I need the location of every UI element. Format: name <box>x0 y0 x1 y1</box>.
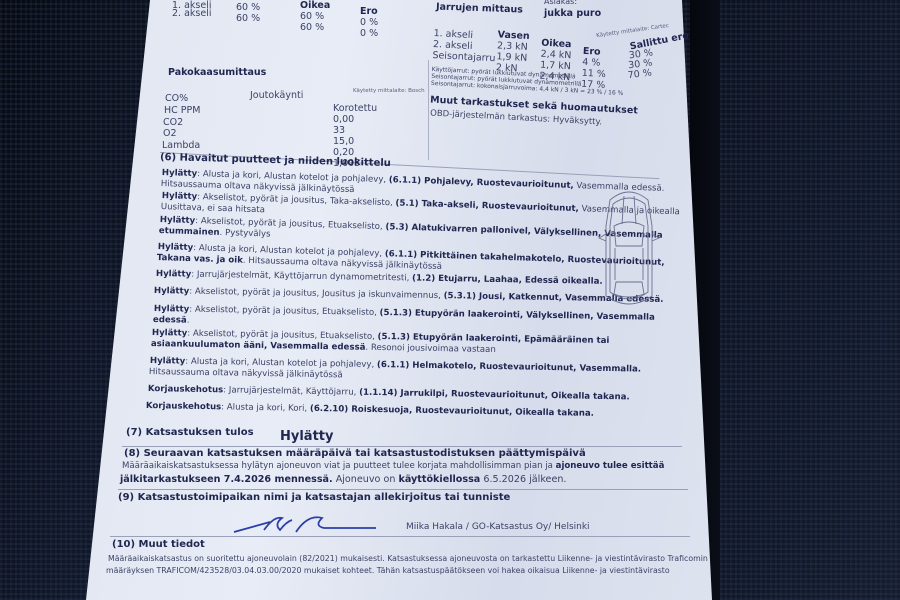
defect-status: Hylätty <box>162 168 198 179</box>
brake-top-left-2: 60 % <box>236 13 260 24</box>
exhaust-label: O2 <box>163 128 177 139</box>
exhaust-col-raised: Korotettu <box>333 103 377 114</box>
defect-status: Hylätty <box>152 328 188 339</box>
brake-top-ero-1: 0 % <box>360 17 378 28</box>
divider <box>122 446 682 447</box>
exhaust-label: CO% <box>165 93 188 104</box>
exhaust-device-note: Käytetty mittalaite: Bosch <box>353 88 425 94</box>
divider <box>118 489 688 490</box>
defect-status: Hylätty <box>154 304 190 315</box>
section8-bold: ajoneuvo tulee esittää <box>556 461 665 471</box>
customer-label: Asiakas: <box>544 0 577 6</box>
divider <box>110 536 690 537</box>
exhaust-label: HC PPM <box>164 105 200 116</box>
exhaust-label: Lambda <box>162 140 200 151</box>
defect-status: Hylätty <box>160 215 196 226</box>
section7-title: (7) Katsastuksen tulos <box>126 427 254 438</box>
defect-note-bold: etummainen <box>159 226 220 238</box>
section10-line2: määräyksen TRAFICOM/423528/03.04.03.00/2… <box>106 566 670 575</box>
section10-line1: Määräaikaiskatsastus on suoritettu ajone… <box>108 554 708 563</box>
defect-category: : Alusta ja kori, Kori, <box>221 402 310 414</box>
exhaust-title: Pakokaasumittaus <box>168 67 266 78</box>
brake-top-left-1: 60 % <box>236 2 260 13</box>
section10-title: (10) Muut tiedot <box>112 539 205 550</box>
defect-status: Hylätty <box>154 286 190 297</box>
exhaust-value: 33 <box>333 125 345 136</box>
brake-top-oikea-2: 60 % <box>300 22 324 33</box>
brake-top-ero-2: 0 % <box>360 28 378 39</box>
exhaust-col-idle: Joutokäynti <box>250 90 303 101</box>
exhaust-value: 0,00 <box>333 114 354 125</box>
section8-line2: jälkitarkastukseen 7.4.2026 mennessä. Aj… <box>120 474 566 485</box>
column-divider <box>428 60 429 160</box>
brake-top-ero-header: Ero <box>360 6 378 17</box>
car-top-view-icon <box>596 186 662 312</box>
defect-note-text: . <box>187 316 190 326</box>
defect-note-text: . Pystyvälys <box>219 228 270 240</box>
defect-status: Hylätty <box>158 242 194 253</box>
customer-name: jukka puro <box>544 8 601 19</box>
inspector-name: Miika Hakala / GO-Katsastus Oy/ Helsinki <box>406 522 590 532</box>
usage-ban-label: käyttökiellossa <box>398 474 480 485</box>
exhaust-value: 15,0 <box>333 136 354 147</box>
defect-status: Hylätty <box>162 191 198 202</box>
section8-title: (8) Seuraavan katsastuksen määräpäivä ta… <box>124 448 586 459</box>
exhaust-label: CO2 <box>163 117 183 128</box>
usage-ban-date: 6.5.2026 jälkeen. <box>480 474 566 485</box>
brake-top-oikea-1: 60 % <box>300 11 324 22</box>
defect-status: Hylätty <box>150 356 186 367</box>
section9-title: (9) Katsastustoimipaikan nimi ja katsast… <box>118 492 510 503</box>
section8-text: Ajoneuvo on <box>333 474 399 485</box>
defect-status: Korjauskehotus <box>146 401 221 412</box>
defect-note-bold: edessä <box>153 315 187 326</box>
brake-header-ero: Ero <box>583 46 601 58</box>
brake-top-row-2: 2. akseli <box>172 8 211 19</box>
defect-note: edessä. <box>153 315 190 326</box>
inspection-result: Hylätty <box>280 429 334 444</box>
section8-line1: Määräaikaiskatsastuksessa hylätyn ajoneu… <box>122 461 664 471</box>
section8-text: Määräaikaiskatsastuksessa hylätyn ajoneu… <box>122 461 556 471</box>
defect-status: Hylätty <box>156 269 192 280</box>
inspector-signature <box>230 508 380 538</box>
brake-top-oikea-header: Oikea <box>300 0 330 11</box>
defect-status: Korjauskehotus <box>148 384 223 395</box>
re-inspection-deadline: jälkitarkastukseen 7.4.2026 mennessä. <box>120 474 333 485</box>
